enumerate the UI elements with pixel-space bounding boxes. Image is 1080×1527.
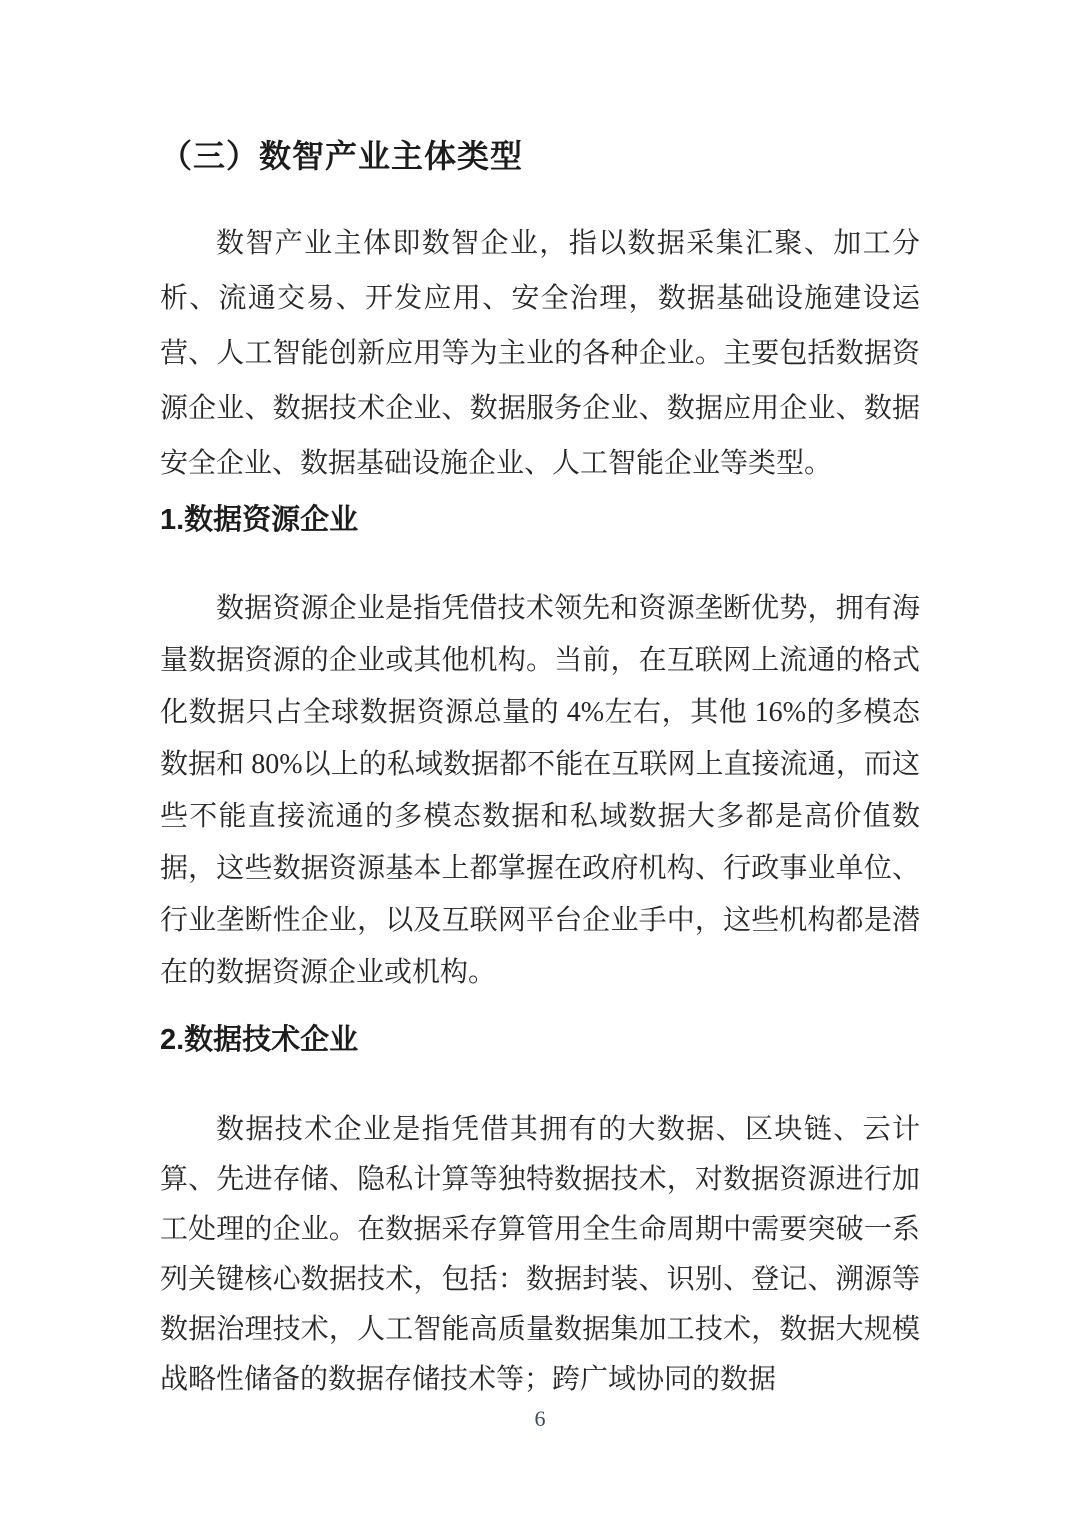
- page-number: 6: [160, 1405, 920, 1433]
- subsection-paragraph-2: 数据技术企业是指凭借其拥有的大数据、区块链、云计算、先进存储、隐私计算等独特数据…: [160, 1105, 920, 1405]
- subsection-heading-1: 1.数据资源企业: [160, 503, 920, 537]
- document-page: （三）数智产业主体类型 数智产业主体即数智企业，指以数据采集汇聚、加工分析、流通…: [0, 0, 1080, 1527]
- section-heading: （三）数智产业主体类型: [160, 138, 920, 174]
- subsection-paragraph-1: 数据资源企业是指凭借技术领先和资源垄断优势，拥有海量数据资源的企业或其他机构。当…: [160, 583, 920, 999]
- subsection-heading-2: 2.数据技术企业: [160, 1023, 920, 1057]
- intro-paragraph: 数智产业主体即数智企业，指以数据采集汇聚、加工分析、流通交易、开发应用、安全治理…: [160, 216, 920, 491]
